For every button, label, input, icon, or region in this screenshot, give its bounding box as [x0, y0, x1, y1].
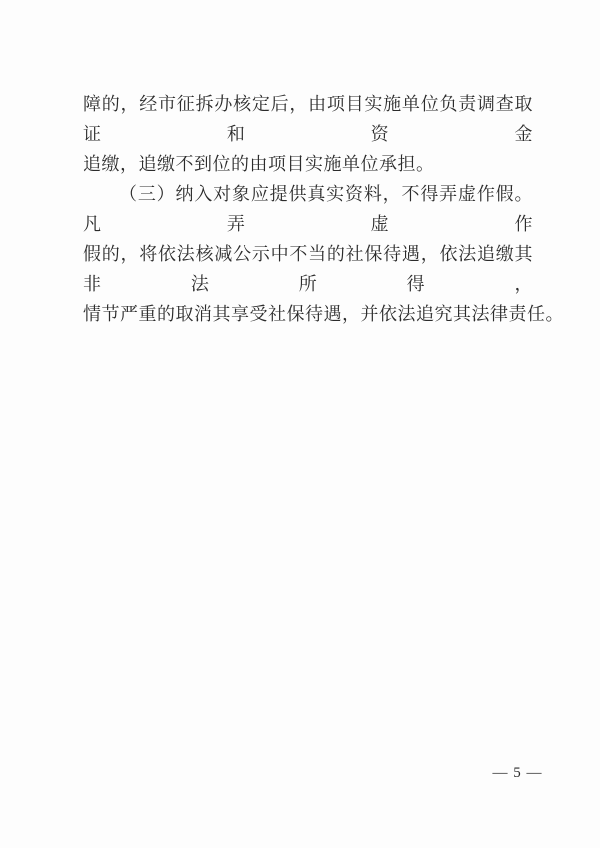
text-line-paragraph-start: （三）纳入对象应提供真实资料，不得弄虚作假。凡弄虚作 [83, 179, 533, 239]
text-line: 假的，将依法核减公示中不当的社保待遇，依法追缴其非法所得， [83, 239, 533, 299]
page-number: — 5 — [0, 765, 600, 782]
text-line: 情节严重的取消其享受社保待遇，并依法追究其法律责任。 [83, 299, 533, 329]
text-line: 障的，经市征拆办核定后，由项目实施单位负责调查取证和资金 [83, 89, 533, 149]
document-page: 障的，经市征拆办核定后，由项目实施单位负责调查取证和资金 追缴，追缴不到位的由项… [0, 0, 600, 848]
text-line: 追缴，追缴不到位的由项目实施单位承担。 [83, 149, 533, 179]
body-text: 障的，经市征拆办核定后，由项目实施单位负责调查取证和资金 追缴，追缴不到位的由项… [83, 89, 533, 329]
